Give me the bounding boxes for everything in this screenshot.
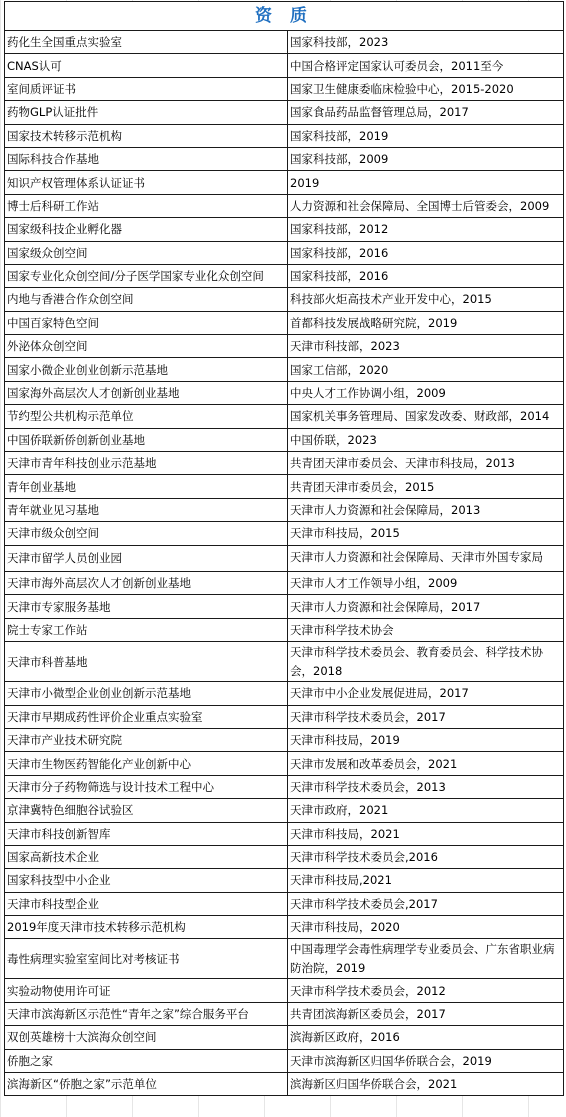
issuer-cell[interactable]: 天津市科技局,2021 bbox=[288, 869, 564, 892]
qualification-name-cell[interactable]: 院士专家工作站 bbox=[5, 618, 288, 641]
table-row: 博士后科研工作站人力资源和社会保障局、全国博士后管委会，2009 bbox=[5, 194, 564, 217]
qualification-name-cell[interactable]: 侨胞之家 bbox=[5, 1049, 288, 1072]
table-row: 青年创业基地共青团天津市委员会，2015 bbox=[5, 475, 564, 498]
table-row: 国家高新技术企业天津市科学技术委员会,2016 bbox=[5, 845, 564, 868]
qualification-name-cell[interactable]: 天津市科技创新智库 bbox=[5, 822, 288, 845]
table-row: 天津市早期成药性评价企业重点实验室天津市科学技术委员会，2017 bbox=[5, 705, 564, 728]
issuer-cell[interactable]: 天津市人力资源和社会保障局、天津市外国专家局 bbox=[288, 545, 564, 571]
qualification-name-cell[interactable]: 天津市青年科技创业示范基地 bbox=[5, 452, 288, 475]
issuer-cell[interactable]: 天津市科学技术委员会、教育委员会、科学技术协会，2018 bbox=[288, 642, 564, 682]
issuer-cell[interactable]: 人力资源和社会保障局、全国博士后管委会，2009 bbox=[288, 194, 564, 217]
qualification-name-cell[interactable]: 实验动物使用许可证 bbox=[5, 979, 288, 1002]
qualification-name-cell[interactable]: 国家小微企业创业创新示范基地 bbox=[5, 358, 288, 381]
qualification-name-cell[interactable]: 外泌体众创空间 bbox=[5, 335, 288, 358]
qualification-name-cell[interactable]: 青年创业基地 bbox=[5, 475, 288, 498]
table-title: 资 质 bbox=[5, 2, 564, 31]
table-row: 外泌体众创空间天津市科技部，2023 bbox=[5, 335, 564, 358]
table-row: 国家科技型中小企业天津市科技局,2021 bbox=[5, 869, 564, 892]
issuer-cell[interactable]: 天津市科技局，2015 bbox=[288, 522, 564, 545]
issuer-cell[interactable]: 国家科技部，2012 bbox=[288, 218, 564, 241]
issuer-cell[interactable]: 共青团滨海新区委员会，2017 bbox=[288, 1002, 564, 1025]
qualification-name-cell[interactable]: 知识产权管理体系认证证书 bbox=[5, 171, 288, 194]
qualification-name-cell[interactable]: 国家专业化众创空间/分子医学国家专业化众创空间 bbox=[5, 264, 288, 287]
qualification-name-cell[interactable]: 内地与香港合作众创空间 bbox=[5, 288, 288, 311]
table-row: 节约型公共机构示范单位国家机关事务管理局、国家发改委、财政部，2014 bbox=[5, 405, 564, 428]
qualification-name-cell[interactable]: 药化生全国重点实验室 bbox=[5, 31, 288, 54]
qualification-name-cell[interactable]: 双创英雄榜十大滨海众创空间 bbox=[5, 1026, 288, 1049]
qualification-name-cell[interactable]: 滨海新区“侨胞之家”示范单位 bbox=[5, 1073, 288, 1096]
qualification-name-cell[interactable]: 天津市级众创空间 bbox=[5, 522, 288, 545]
qualification-name-cell[interactable]: 国际科技合作基地 bbox=[5, 147, 288, 170]
table-row: 药物GLP认证批件国家食品药品监督管理总局，2017 bbox=[5, 101, 564, 124]
table-row: 国家海外高层次人才创新创业基地中央人才工作协调小组，2009 bbox=[5, 381, 564, 404]
qualification-name-cell[interactable]: 国家高新技术企业 bbox=[5, 845, 288, 868]
table-row: 双创英雄榜十大滨海众创空间滨海新区政府，2016 bbox=[5, 1026, 564, 1049]
table-row: 天津市科技创新智库天津市科技局，2021 bbox=[5, 822, 564, 845]
qualification-name-cell[interactable]: 青年就业见习基地 bbox=[5, 498, 288, 521]
qualification-name-cell[interactable]: 天津市留学人员创业园 bbox=[5, 545, 288, 571]
qualification-name-cell[interactable]: 国家级众创空间 bbox=[5, 241, 288, 264]
issuer-text-clipped: 天津市人力资源和社会保障局、天津市外国专家局 bbox=[290, 549, 561, 570]
issuer-cell[interactable]: 首都科技发展战略研究院，2019 bbox=[288, 311, 564, 334]
table-row: 国家级众创空间国家科技部，2016 bbox=[5, 241, 564, 264]
issuer-cell[interactable]: 中央人才工作协调小组，2009 bbox=[288, 381, 564, 404]
issuer-cell[interactable]: 天津市中小企业发展促进局，2017 bbox=[288, 682, 564, 705]
qualification-name-cell[interactable]: 天津市专家服务基地 bbox=[5, 595, 288, 618]
issuer-cell[interactable]: 天津市发展和改革委员会，2021 bbox=[288, 752, 564, 775]
qualification-name-cell[interactable]: 国家技术转移示范机构 bbox=[5, 124, 288, 147]
title-row: 资 质 bbox=[5, 2, 564, 31]
table-row: 天津市科普基地天津市科学技术委员会、教育委员会、科学技术协会，2018 bbox=[5, 642, 564, 682]
issuer-cell[interactable]: 天津市科学技术委员会，2017 bbox=[288, 705, 564, 728]
table-row: 天津市产业技术研究院天津市科技局，2019 bbox=[5, 728, 564, 751]
table-row: 国家专业化众创空间/分子医学国家专业化众创空间国家科技部，2016 bbox=[5, 264, 564, 287]
issuer-cell[interactable]: 天津市科学技术委员会,2017 bbox=[288, 892, 564, 915]
issuer-cell[interactable]: 国家科技部，2019 bbox=[288, 124, 564, 147]
issuer-cell[interactable]: 滨海新区归国华侨联合会，2021 bbox=[288, 1073, 564, 1096]
issuer-cell[interactable]: 中国合格评定国家认可委员会，2011至今 bbox=[288, 54, 564, 77]
qualification-name-cell[interactable]: 中国侨联新侨创新创业基地 bbox=[5, 428, 288, 451]
qualification-name-cell[interactable]: 室间质评证书 bbox=[5, 77, 288, 100]
qualification-name-cell[interactable]: 国家海外高层次人才创新创业基地 bbox=[5, 381, 288, 404]
issuer-cell[interactable]: 滨海新区政府，2016 bbox=[288, 1026, 564, 1049]
qualification-name-cell[interactable]: 药物GLP认证批件 bbox=[5, 101, 288, 124]
qualification-name-cell[interactable]: 毒性病理实验室室间比对考核证书 bbox=[5, 939, 288, 979]
issuer-cell[interactable]: 2019 bbox=[288, 171, 564, 194]
issuer-cell[interactable]: 天津市政府，2021 bbox=[288, 799, 564, 822]
issuer-cell[interactable]: 天津市科技部，2023 bbox=[288, 335, 564, 358]
qualification-name-cell[interactable]: 京津冀特色细胞谷试验区 bbox=[5, 799, 288, 822]
qualification-name-cell[interactable]: 天津市生物医药智能化产业创新中心 bbox=[5, 752, 288, 775]
issuer-cell[interactable]: 天津市人力资源和社会保障局，2017 bbox=[288, 595, 564, 618]
table-row: 天津市滨海新区示范性“青年之家”综合服务平台共青团滨海新区委员会，2017 bbox=[5, 1002, 564, 1025]
issuer-cell[interactable]: 国家工信部，2020 bbox=[288, 358, 564, 381]
issuer-cell[interactable]: 天津市科学技术委员会，2013 bbox=[288, 775, 564, 798]
issuer-cell[interactable]: 国家科技部，2016 bbox=[288, 264, 564, 287]
table-row: 天津市生物医药智能化产业创新中心天津市发展和改革委员会，2021 bbox=[5, 752, 564, 775]
issuer-cell[interactable]: 国家科技部，2009 bbox=[288, 147, 564, 170]
table-row: 国家技术转移示范机构国家科技部，2019 bbox=[5, 124, 564, 147]
table-row: CNAS认可中国合格评定国家认可委员会，2011至今 bbox=[5, 54, 564, 77]
qualification-name-cell[interactable]: 博士后科研工作站 bbox=[5, 194, 288, 217]
table-row: 京津冀特色细胞谷试验区天津市政府，2021 bbox=[5, 799, 564, 822]
table-row: 国家级科技企业孵化器国家科技部，2012 bbox=[5, 218, 564, 241]
qualification-name-cell[interactable]: 国家级科技企业孵化器 bbox=[5, 218, 288, 241]
table-row: 天津市科技型企业天津市科学技术委员会,2017 bbox=[5, 892, 564, 915]
issuer-cell[interactable]: 天津市科技局，2019 bbox=[288, 728, 564, 751]
issuer-cell[interactable]: 共青团天津市委员会，2015 bbox=[288, 475, 564, 498]
table-row: 中国百家特色空间首都科技发展战略研究院，2019 bbox=[5, 311, 564, 334]
table-row: 毒性病理实验室室间比对考核证书中国毒理学会毒性病理学专业委员会、广东省职业病防治… bbox=[5, 939, 564, 979]
table-row: 天津市分子药物筛选与设计技术工程中心天津市科学技术委员会，2013 bbox=[5, 775, 564, 798]
qualification-name-cell[interactable]: 2019年度天津市技术转移示范机构 bbox=[5, 916, 288, 939]
table-row: 院士专家工作站天津市科学技术协会 bbox=[5, 618, 564, 641]
table-row: 天津市青年科技创业示范基地共青团天津市委员会、天津市科技局，2013 bbox=[5, 452, 564, 475]
issuer-cell[interactable]: 国家科技部，2016 bbox=[288, 241, 564, 264]
issuer-cell[interactable]: 天津市科技局，2020 bbox=[288, 916, 564, 939]
table-row: 药化生全国重点实验室国家科技部，2023 bbox=[5, 31, 564, 54]
issuer-cell[interactable]: 天津市滨海新区归国华侨联合会，2019 bbox=[288, 1049, 564, 1072]
table-row: 实验动物使用许可证天津市科学技术委员会，2012 bbox=[5, 979, 564, 1002]
qualification-name-cell[interactable]: 节约型公共机构示范单位 bbox=[5, 405, 288, 428]
table-row: 国际科技合作基地国家科技部，2009 bbox=[5, 147, 564, 170]
issuer-cell[interactable]: 国家卫生健康委临床检验中心，2015-2020 bbox=[288, 77, 564, 100]
qualification-name-cell[interactable]: 国家科技型中小企业 bbox=[5, 869, 288, 892]
qualification-name-cell[interactable]: 天津市早期成药性评价企业重点实验室 bbox=[5, 705, 288, 728]
qualification-name-cell[interactable]: CNAS认可 bbox=[5, 54, 288, 77]
qualifications-table: 资 质 药化生全国重点实验室国家科技部，2023CNAS认可中国合格评定国家认可… bbox=[4, 1, 564, 1096]
issuer-cell[interactable]: 中国侨联，2023 bbox=[288, 428, 564, 451]
table-row: 中国侨联新侨创新创业基地中国侨联，2023 bbox=[5, 428, 564, 451]
issuer-cell[interactable]: 国家机关事务管理局、国家发改委、财政部，2014 bbox=[288, 405, 564, 428]
qualification-name-cell[interactable]: 天津市滨海新区示范性“青年之家”综合服务平台 bbox=[5, 1002, 288, 1025]
issuer-cell[interactable]: 天津市科学技术协会 bbox=[288, 618, 564, 641]
table-row: 2019年度天津市技术转移示范机构天津市科技局，2020 bbox=[5, 916, 564, 939]
table-row: 内地与香港合作众创空间科技部火炬高技术产业开发中心，2015 bbox=[5, 288, 564, 311]
issuer-cell[interactable]: 天津市科学技术委员会，2012 bbox=[288, 979, 564, 1002]
table-row: 青年就业见习基地天津市人力资源和社会保障局，2013 bbox=[5, 498, 564, 521]
issuer-cell[interactable]: 科技部火炬高技术产业开发中心，2015 bbox=[288, 288, 564, 311]
qualification-name-cell[interactable]: 天津市分子药物筛选与设计技术工程中心 bbox=[5, 775, 288, 798]
table-row: 天津市级众创空间天津市科技局，2015 bbox=[5, 522, 564, 545]
issuer-cell[interactable]: 中国毒理学会毒性病理学专业委员会、广东省职业病防治院，2019 bbox=[288, 939, 564, 979]
issuer-cell[interactable]: 天津市科技局，2021 bbox=[288, 822, 564, 845]
qualification-name-cell[interactable]: 天津市海外高层次人才创新创业基地 bbox=[5, 571, 288, 594]
issuer-cell[interactable]: 国家食品药品监督管理总局，2017 bbox=[288, 101, 564, 124]
qualification-name-cell[interactable]: 天津市科技型企业 bbox=[5, 892, 288, 915]
table-row: 知识产权管理体系认证证书2019 bbox=[5, 171, 564, 194]
table-row: 侨胞之家天津市滨海新区归国华侨联合会，2019 bbox=[5, 1049, 564, 1072]
qualification-name-cell[interactable]: 天津市小微型企业创业创新示范基地 bbox=[5, 682, 288, 705]
table-row: 天津市留学人员创业园天津市人力资源和社会保障局、天津市外国专家局 bbox=[5, 545, 564, 571]
table-row: 国家小微企业创业创新示范基地国家工信部，2020 bbox=[5, 358, 564, 381]
issuer-cell[interactable]: 天津市人才工作领导小组，2009 bbox=[288, 571, 564, 594]
issuer-cell[interactable]: 国家科技部，2023 bbox=[288, 31, 564, 54]
issuer-cell[interactable]: 天津市人力资源和社会保障局，2013 bbox=[288, 498, 564, 521]
qualification-name-cell[interactable]: 天津市科普基地 bbox=[5, 642, 288, 682]
table-row: 室间质评证书国家卫生健康委临床检验中心，2015-2020 bbox=[5, 77, 564, 100]
qualification-name-cell[interactable]: 天津市产业技术研究院 bbox=[5, 728, 288, 751]
issuer-cell[interactable]: 天津市科学技术委员会,2016 bbox=[288, 845, 564, 868]
table-row: 天津市海外高层次人才创新创业基地天津市人才工作领导小组，2009 bbox=[5, 571, 564, 594]
table-row: 天津市小微型企业创业创新示范基地天津市中小企业发展促进局，2017 bbox=[5, 682, 564, 705]
table-row: 滨海新区“侨胞之家”示范单位滨海新区归国华侨联合会，2021 bbox=[5, 1073, 564, 1096]
qualification-name-cell[interactable]: 中国百家特色空间 bbox=[5, 311, 288, 334]
issuer-cell[interactable]: 共青团天津市委员会、天津市科技局，2013 bbox=[288, 452, 564, 475]
table-row: 天津市专家服务基地天津市人力资源和社会保障局，2017 bbox=[5, 595, 564, 618]
